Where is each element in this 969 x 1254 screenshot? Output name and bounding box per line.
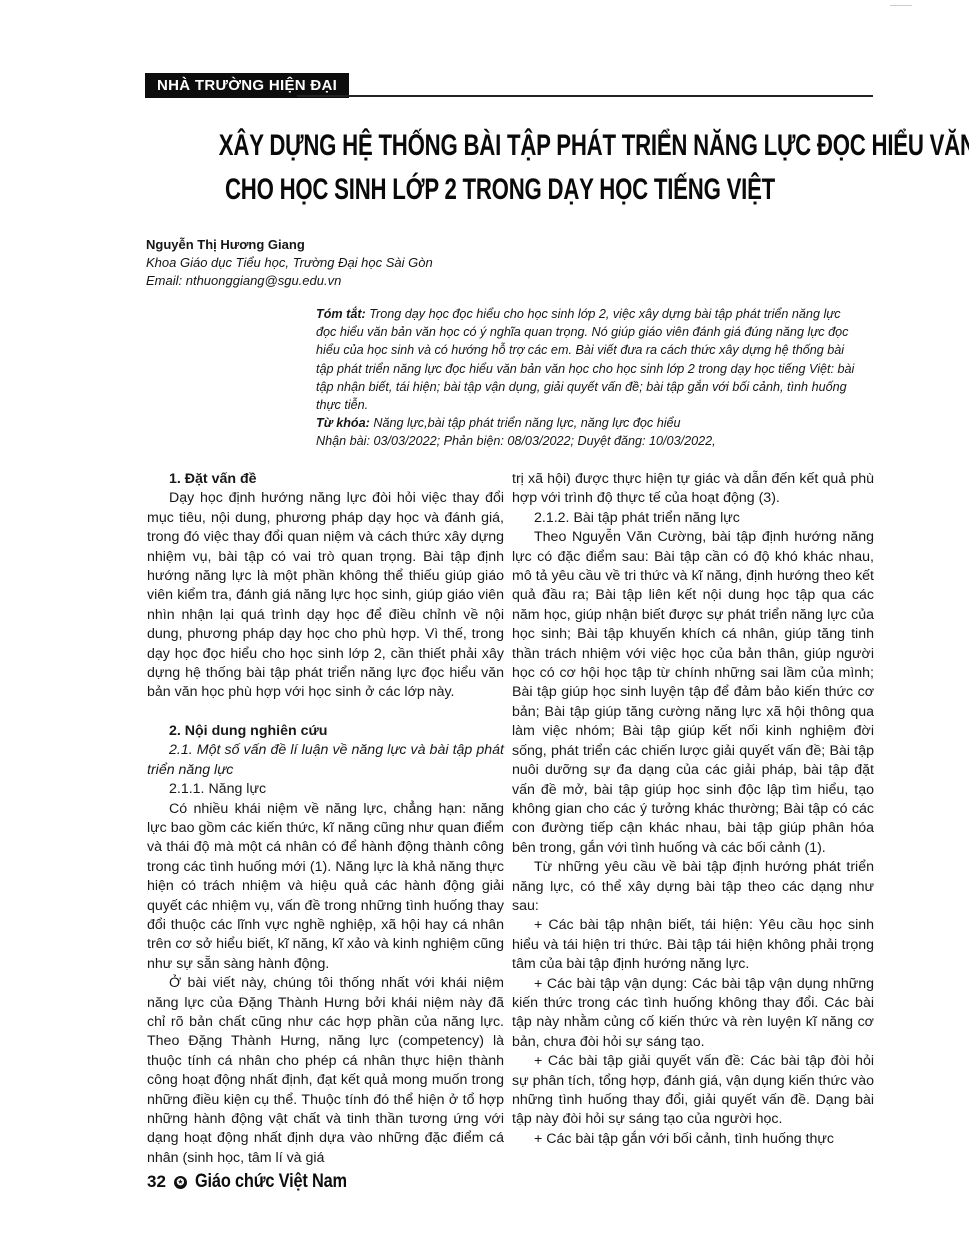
list-item: + Các bài tập gắn với bối cảnh, tình huố…	[512, 1130, 874, 1149]
body-column-left: 1. Đặt vấn đề Dạy học định hướng năng lự…	[147, 470, 504, 1168]
page-number: 32	[147, 1172, 166, 1192]
abstract-dates: Nhận bài: 03/03/2022; Phản biện: 08/03/2…	[316, 432, 859, 450]
heading-section-2: 2. Nội dung nghiên cứu	[147, 722, 504, 741]
section-rule-divider	[297, 95, 873, 97]
abstract-block: Tóm tắt: Trong dạy học đọc hiểu cho học …	[316, 305, 859, 451]
abstract-keywords: Từ khóa: Năng lực,bài tập phát triển năn…	[316, 414, 859, 432]
article-title-line-2: CHO HỌC SINH LỚP 2 TRONG DẠY HỌC TIẾNG V…	[219, 168, 781, 212]
scan-artifact-line	[890, 5, 912, 6]
list-item: + Các bài tập nhận biết, tái hiện: Yêu c…	[512, 916, 874, 974]
author-affiliation: Khoa Giáo dục Tiểu học, Trường Đại học S…	[146, 254, 433, 272]
paragraph: Theo Nguyễn Văn Cường, bài tập định hướn…	[512, 528, 874, 858]
keywords-text: Năng lực,bài tập phát triển năng lực, nă…	[370, 415, 681, 430]
author-name: Nguyễn Thị Hương Giang	[146, 236, 433, 254]
paragraph: Ở bài viết này, chúng tôi thống nhất với…	[147, 974, 504, 1168]
heading-section-1: 1. Đặt vấn đề	[147, 470, 504, 489]
page-footer: 32 ✪ Giáo chức Việt Nam	[147, 1171, 372, 1193]
summary-label: Tóm tắt:	[316, 306, 366, 321]
star-icon: ✪	[174, 1176, 187, 1189]
article-title-line-1: XÂY DỰNG HỆ THỐNG BÀI TẬP PHÁT TRIỂN NĂN…	[219, 124, 781, 168]
subheading-2-1-2: 2.1.2. Bài tập phát triển năng lực	[512, 509, 874, 528]
subheading-2-1-1: 2.1.1. Năng lực	[147, 780, 504, 799]
paragraph: Có nhiều khái niệm về năng lực, chẳng hạ…	[147, 800, 504, 975]
paragraph: Từ những yêu cầu về bài tập định hướng p…	[512, 858, 874, 916]
spacer	[147, 703, 504, 722]
journal-name: Giáo chức Việt Nam	[195, 1171, 347, 1193]
keywords-label: Từ khóa:	[316, 415, 370, 430]
list-item: + Các bài tập giải quyết vấn đề: Các bài…	[512, 1052, 874, 1130]
author-block: Nguyễn Thị Hương Giang Khoa Giáo dục Tiể…	[146, 236, 433, 290]
body-column-right: trị xã hội) được thực hiện tự giác và dẫ…	[512, 470, 874, 1149]
article-title: XÂY DỰNG HỆ THỐNG BÀI TẬP PHÁT TRIỂN NĂN…	[219, 124, 781, 212]
paragraph-continued: trị xã hội) được thực hiện tự giác và dẫ…	[512, 470, 874, 509]
subheading-2-1: 2.1. Một số vấn đề lí luận về năng lực v…	[147, 741, 504, 780]
summary-text: Trong dạy học đọc hiểu cho học sinh lớp …	[316, 306, 854, 412]
abstract-summary: Tóm tắt: Trong dạy học đọc hiểu cho học …	[316, 305, 859, 414]
paragraph: Dạy học định hướng năng lực đòi hỏi việc…	[147, 489, 504, 702]
author-email: Email: nthuonggiang@sgu.edu.vn	[146, 272, 433, 290]
list-item: + Các bài tập vận dụng: Các bài tập vận …	[512, 975, 874, 1053]
